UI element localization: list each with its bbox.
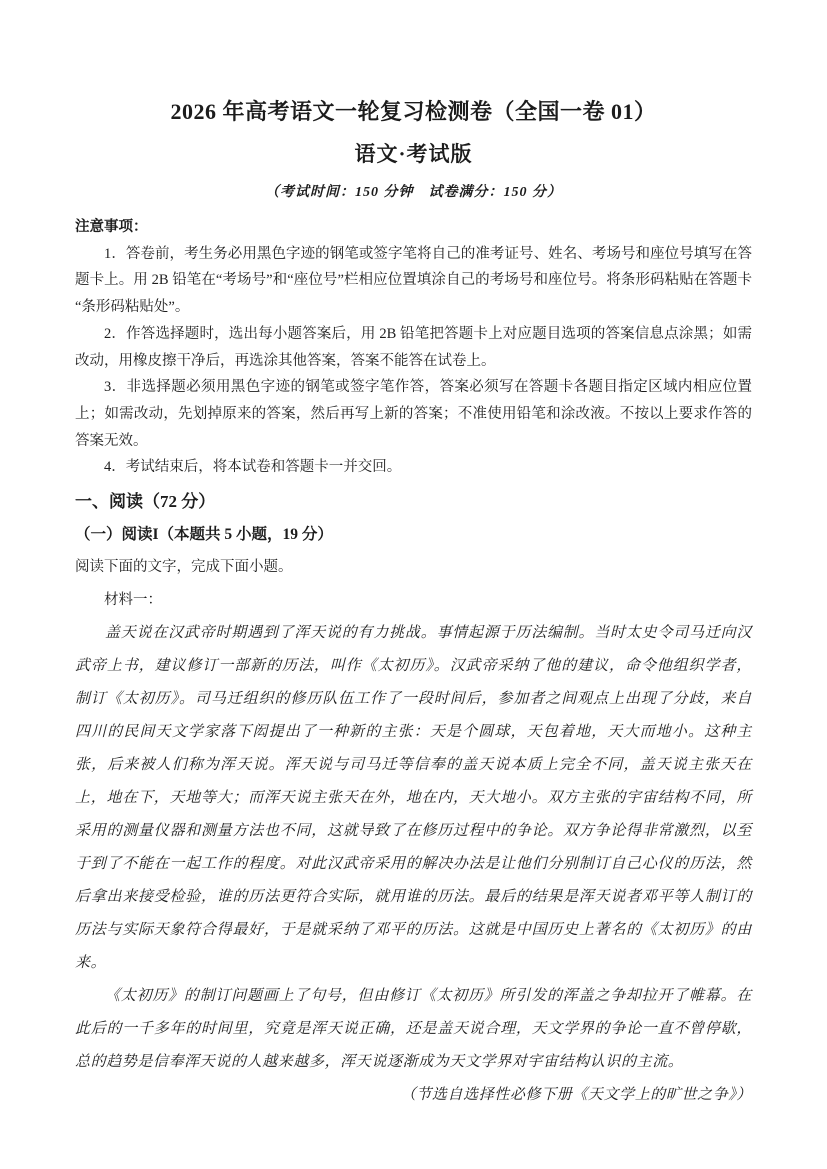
material-paragraph: 《太初历》的制订问题画上了句号，但由修订《太初历》所引发的浑盖之争却拉开了帷幕。… — [75, 980, 752, 1079]
notice-item: 1．答卷前，考生务必用黑色字迹的钢笔或签字笔将自己的准考证号、姓名、考场号和座位… — [75, 241, 752, 321]
reading-subsection-heading: （一）阅读I（本题共 5 小题，19 分） — [75, 518, 752, 551]
exam-info-line: （考试时间：150 分钟 试卷满分：150 分） — [75, 183, 752, 203]
notice-item: 4．考试结束后，将本试卷和答题卡一并交回。 — [75, 454, 752, 481]
paper-subtitle: 语文·考试版 — [75, 140, 752, 168]
paper-title: 2026 年高考语文一轮复习检测卷（全国一卷 01） — [75, 97, 752, 127]
notice-section: 注意事项： 1．答卷前，考生务必用黑色字迹的钢笔或签字笔将自己的准考证号、姓名、… — [75, 214, 752, 481]
notice-item: 3．非选择题必须用黑色字迹的钢笔或签字笔作答，答案必须写在答题卡各题目指定区域内… — [75, 374, 752, 454]
reading-instruction: 阅读下面的文字，完成下面小题。 — [75, 551, 752, 584]
exam-paper-page: 2026 年高考语文一轮复习检测卷（全国一卷 01） 语文·考试版 （考试时间：… — [0, 0, 827, 1169]
notice-item: 2．作答选择题时，选出每小题答案后，用 2B 铅笔把答题卡上对应题目选项的答案信… — [75, 321, 752, 374]
reading-section: 一、阅读（72 分） （一）阅读I（本题共 5 小题，19 分） 阅读下面的文字… — [75, 485, 752, 1112]
source-attribution: （节选自选择性必修下册《天文学上的旷世之争》） — [75, 1079, 752, 1112]
notice-heading: 注意事项： — [75, 214, 752, 241]
material-one-label: 材料一： — [75, 584, 752, 617]
reading-section-heading: 一、阅读（72 分） — [75, 485, 752, 518]
material-paragraph: 盖天说在汉武帝时期遇到了浑天说的有力挑战。事情起源于历法编制。当时太史令司马迁向… — [75, 617, 752, 980]
